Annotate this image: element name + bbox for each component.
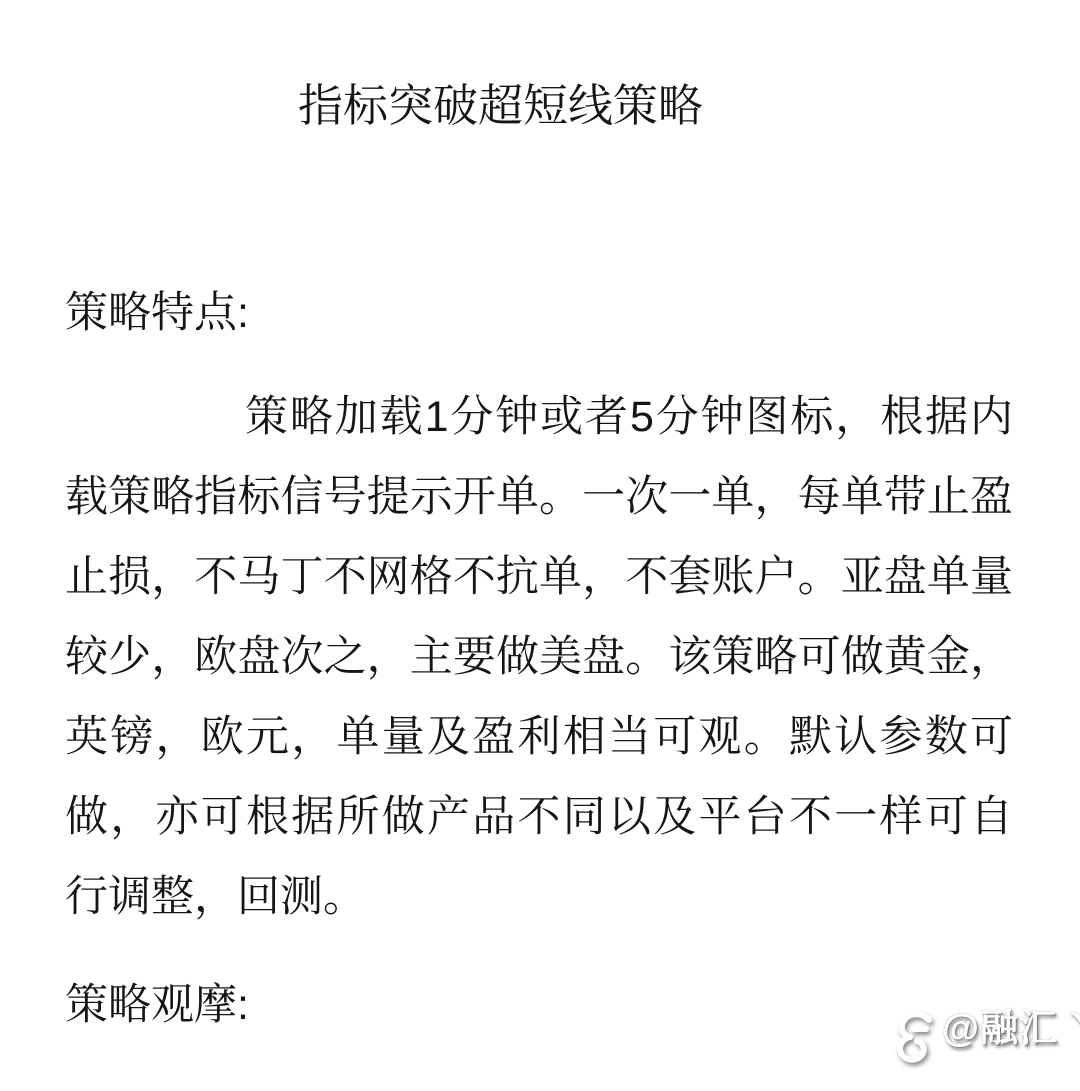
paragraph-line: 英镑，欧元，单量及盈利相当可观。默认参数可 — [65, 697, 1013, 777]
document-title: 指标突破超短线策略 — [298, 80, 703, 132]
paragraph-line: 做，亦可根据所做产品不同以及平台不一样可自 — [65, 777, 1013, 857]
paragraph-line: 载策略指标信号提示开单。一次一单，每单带止盈 — [65, 457, 1013, 537]
document-page: 指标突破超短线策略 策略特点: 策略加载1分钟或者5分钟图标，根据内 载策略指标… — [0, 0, 1080, 1091]
strategy-paragraph: 策略加载1分钟或者5分钟图标，根据内 载策略指标信号提示开单。一次一单，每单带止… — [65, 377, 1013, 937]
observe-heading: 策略观摩: — [65, 983, 249, 1027]
paragraph-line: 策略加载1分钟或者5分钟图标，根据内 — [65, 377, 1013, 457]
watermark-partial-char: 丶 — [1058, 1000, 1080, 1046]
paragraph-line: 较少，欧盘次之，主要做美盘。该策略可做黄金， — [65, 617, 1013, 697]
features-heading: 策略特点: — [65, 291, 249, 335]
paragraph-line: 止损，不马丁不网格不抗单，不套账户。亚盘单量 — [65, 537, 1013, 617]
kuaishou-logo-icon — [893, 1010, 939, 1064]
watermark-handle: @融汇 — [942, 1006, 1058, 1052]
watermark: @融汇 丶 — [893, 1006, 1080, 1064]
paragraph-line: 行调整，回测。 — [65, 857, 1013, 937]
